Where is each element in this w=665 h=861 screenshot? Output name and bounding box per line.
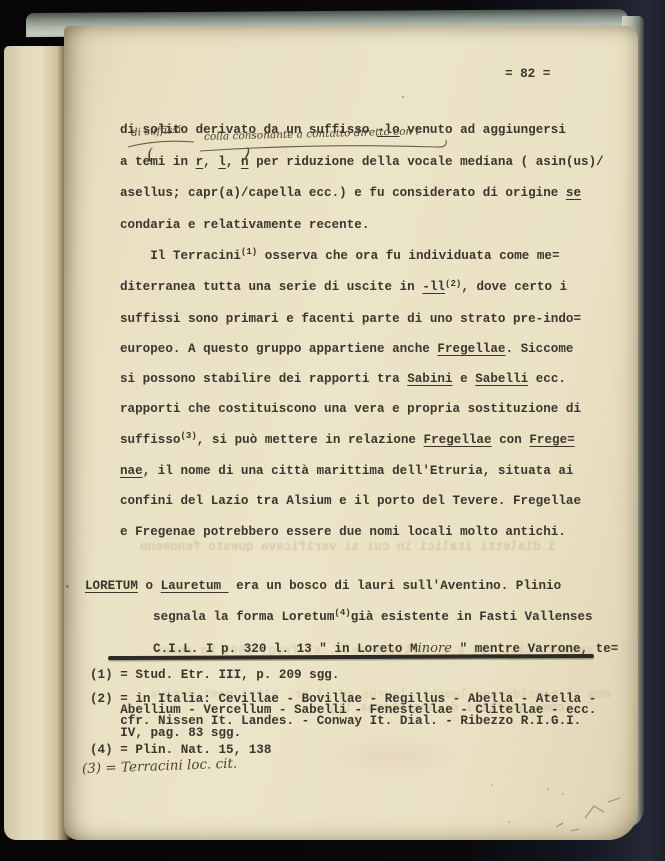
handwritten-paren-open: ( xyxy=(145,145,155,166)
book-scan-photo: { "page_number": "= 82 =", "blocks": [ {… xyxy=(0,0,665,861)
handwritten-note-di-suffissi: di suffissi xyxy=(131,123,182,138)
handwriting-layer: di suffissicolla consonante a contatto d… xyxy=(0,0,665,861)
handwritten-paren-close: ) xyxy=(241,144,252,165)
handwritten-note-colla-consonante: colla consonante a contatto diretto con … xyxy=(204,125,423,143)
handwritten-footnote-3: (3) = Terracini loc. cit. xyxy=(82,756,238,777)
photo-background: i dialetti italici in cui si verificava … xyxy=(0,0,665,861)
